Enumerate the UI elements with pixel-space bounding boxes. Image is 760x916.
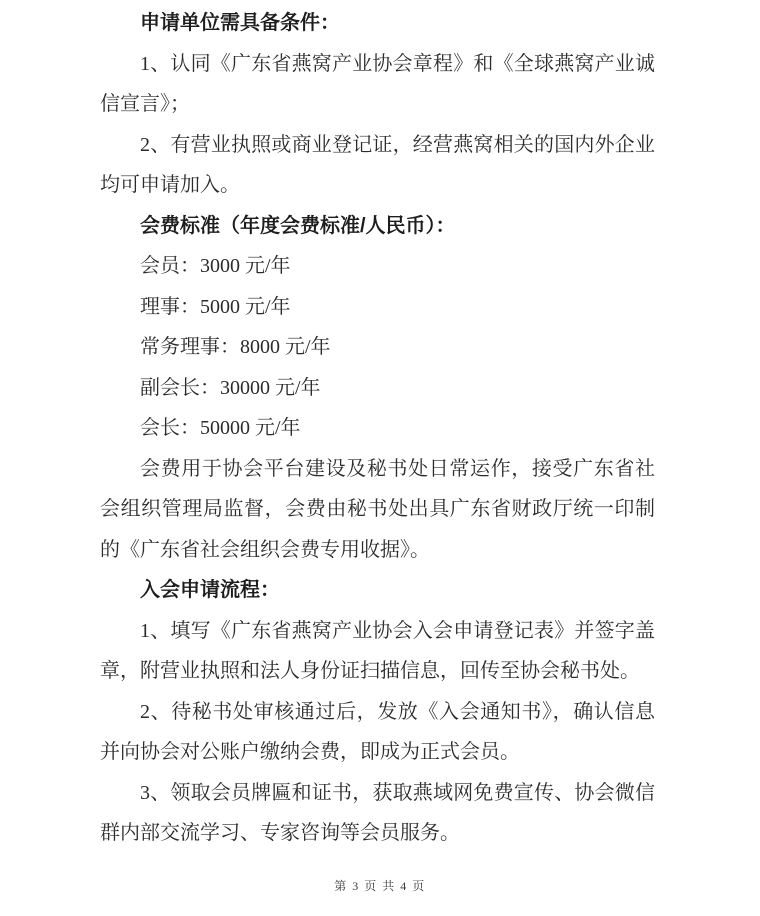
para-process-step-2: 2、待秘书处审核通过后，发放《入会通知书》，确认信息并向协会对公账户缴纳会费，即… [100, 692, 655, 773]
heading-membership-requirements: 申请单位需具备条件： [100, 3, 655, 44]
para-requirement-1: 1、认同《广东省燕窝产业协会章程》和《全球燕窝产业诚信宣言》； [100, 44, 655, 125]
fee-line-director: 理事：5000 元/年 [100, 287, 655, 328]
page-footer: 第 3 页 共 4 页 [0, 874, 760, 898]
fee-line-executive-director: 常务理事：8000 元/年 [100, 327, 655, 368]
para-process-step-1: 1、填写《广东省燕窝产业协会入会申请登记表》并签字盖章，附营业执照和法人身份证扫… [100, 611, 655, 692]
page-number-label: 第 3 页 共 4 页 [334, 879, 426, 893]
para-requirement-2: 2、有营业执照或商业登记证，经营燕窝相关的国内外企业均可申请加入。 [100, 125, 655, 206]
document-page: 申请单位需具备条件： 1、认同《广东省燕窝产业协会章程》和《全球燕窝产业诚信宣言… [0, 0, 760, 916]
fee-line-president: 会长：50000 元/年 [100, 408, 655, 449]
fee-line-vice-president: 副会长：30000 元/年 [100, 368, 655, 409]
heading-fee-standards: 会费标准（年度会费标准/人民币）： [100, 206, 655, 247]
heading-application-process: 入会申请流程： [100, 570, 655, 611]
fee-line-member: 会员：3000 元/年 [100, 246, 655, 287]
para-process-step-3: 3、领取会员牌匾和证书，获取燕域网免费宣传、协会微信群内部交流学习、专家咨询等会… [100, 773, 655, 854]
para-fee-usage: 会费用于协会平台建设及秘书处日常运作，接受广东省社会组织管理局监督，会费由秘书处… [100, 449, 655, 571]
document-body: 申请单位需具备条件： 1、认同《广东省燕窝产业协会章程》和《全球燕窝产业诚信宣言… [100, 3, 655, 854]
